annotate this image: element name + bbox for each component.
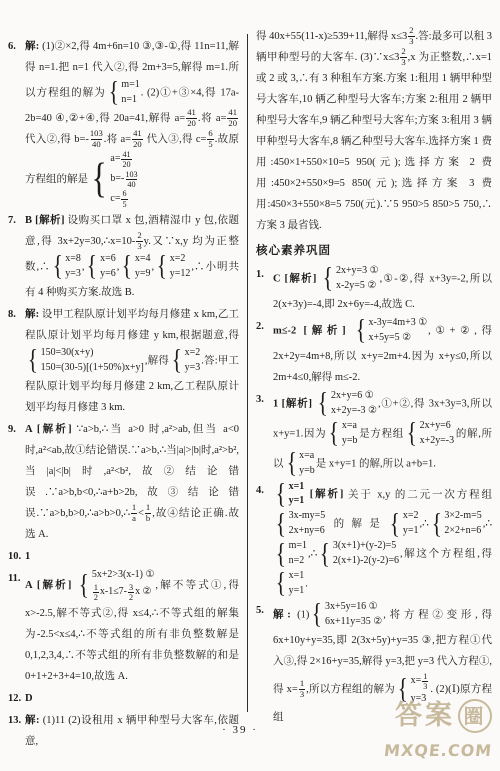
equation-system-lines: 2x+y=3 ①x-2y=5 ② bbox=[335, 264, 379, 294]
item-answer: A [解析] bbox=[25, 580, 71, 591]
fraction: 13 bbox=[299, 679, 305, 700]
item-answer: 1 [解析] bbox=[273, 398, 312, 409]
section-header: 核心素养巩固 bbox=[256, 239, 492, 262]
fraction-denominator: 3 bbox=[299, 689, 305, 700]
item-number: 5. bbox=[256, 600, 264, 621]
left-brace: { bbox=[356, 318, 366, 344]
fraction-numerator: 103 bbox=[90, 129, 103, 139]
fraction: 4120 bbox=[121, 150, 131, 170]
left-brace: { bbox=[79, 573, 89, 599]
fraction: 4120 bbox=[227, 108, 238, 129]
page-number: · 39 · bbox=[175, 719, 305, 741]
equation-system: {x=1y=1 bbox=[274, 480, 304, 510]
equation-line: x=13 bbox=[411, 672, 430, 692]
fraction-denominator: 2 bbox=[93, 592, 99, 602]
equation-system-lines: x=2y=1 bbox=[402, 509, 419, 539]
fraction-denominator: 20 bbox=[227, 118, 238, 129]
equation-line: 3(x+1)+(y-2)=5 bbox=[333, 539, 396, 554]
equation-system-lines: x=ay=b bbox=[298, 449, 315, 479]
left-brace: { bbox=[323, 266, 333, 292]
fraction-numerator: 41 bbox=[228, 108, 237, 118]
left-brace: { bbox=[276, 542, 286, 568]
equation-line: y=1 bbox=[289, 584, 305, 599]
equation-line: x=a bbox=[299, 449, 314, 464]
fraction-numerator: 41 bbox=[122, 150, 130, 159]
equation-line: x=1 bbox=[289, 569, 305, 584]
watermark-site-text: MXQE.COM bbox=[382, 735, 494, 767]
fraction: 4120 bbox=[186, 108, 197, 129]
left-brace: { bbox=[431, 512, 441, 538]
left-brace: { bbox=[286, 451, 296, 477]
equation-system: {a=4120b=-10340c=65 bbox=[89, 150, 139, 209]
equation-line: 2x+y=6 ① bbox=[331, 389, 374, 404]
item-number: 11. bbox=[8, 568, 21, 589]
equation-line: y=6 bbox=[100, 267, 116, 282]
equation-system: {x=2y=1 bbox=[388, 509, 418, 539]
fraction: 65 bbox=[207, 129, 213, 150]
equation-system: {2x+y=3 ①x-2y=5 ② bbox=[321, 264, 378, 294]
fraction-denominator: 5 bbox=[121, 199, 127, 209]
item-number: 3. bbox=[256, 389, 264, 410]
fraction: 23 bbox=[400, 47, 406, 68]
equation-line: n=2 bbox=[289, 554, 305, 569]
left-brace: { bbox=[52, 254, 62, 280]
continuation-paragraph: 得 40x+55(11-x)≥539+11,解得 x≤323.答:最多可以租 3… bbox=[256, 26, 492, 236]
equation-line: x=2 bbox=[185, 346, 201, 361]
equation-system: {5x+2>3(x-1) ①12x-1≤7-32x ② bbox=[77, 568, 154, 603]
equation-system: {x=ay=b bbox=[285, 449, 315, 479]
item-answer: 1 bbox=[25, 551, 30, 562]
equation-system: {x=2y=12 bbox=[155, 252, 190, 282]
watermark-brand: 答案圈 bbox=[384, 699, 492, 733]
fraction: 13 bbox=[422, 672, 428, 692]
answer-item: 4.{x=1y=1 [解析] 关于 x,y 的二元一次方程组{3x-my=52x… bbox=[256, 480, 492, 600]
right-column: 得 40x+55(11-x)≥539+11,解得 x≤323.答:最多可以租 3… bbox=[256, 26, 492, 729]
equation-system: {3x-my=52x+ny=6 bbox=[274, 509, 325, 539]
equation-system: {150=30(x+y)150=(30-5)[(1+50%)x+y] bbox=[26, 346, 144, 376]
equation-line: a=4120 bbox=[110, 150, 132, 170]
item-answer: 解: bbox=[273, 610, 291, 621]
answer-item: 10.1 bbox=[8, 546, 239, 567]
fraction-numerator: 2 bbox=[401, 47, 405, 57]
left-brace: { bbox=[157, 254, 167, 280]
item-answer: 解: bbox=[25, 715, 40, 726]
fraction-denominator: 3 bbox=[408, 36, 414, 47]
fraction-numerator: 1 bbox=[132, 503, 136, 513]
fraction: 12 bbox=[93, 583, 99, 603]
equation-line: y=1 bbox=[403, 524, 419, 539]
equation-line: 3×2-m=5 bbox=[444, 509, 481, 524]
fraction-numerator: 103 bbox=[125, 170, 137, 179]
fraction-denominator: 3 bbox=[400, 57, 406, 68]
equation-system-lines: 3×2-m=52×2+n=6 bbox=[443, 509, 481, 539]
answer-item: 9.A [解析] ∵a>b,∴当 a>0 时,a²>ab,但当 a<0 时,a²… bbox=[8, 419, 239, 545]
equation-system-lines: m=1n=2 bbox=[288, 539, 307, 569]
equation-system: {x=1y=1 bbox=[274, 569, 304, 599]
item-number: 9. bbox=[8, 419, 16, 440]
left-brace: { bbox=[172, 348, 182, 374]
item-number: 8. bbox=[8, 304, 16, 325]
item-answer: 解: bbox=[25, 41, 39, 52]
fraction: 10340 bbox=[125, 170, 137, 190]
watermark-circle-badge: 圈 bbox=[458, 699, 492, 733]
watermark-brand-text: 答案 bbox=[395, 701, 455, 731]
answer-item: 2.m≤-2 [解析] {x-3y=4m+3 ①x+5y=5 ②,①+②,得 2… bbox=[256, 316, 492, 388]
left-brace: { bbox=[108, 80, 118, 106]
fraction-denominator: 20 bbox=[186, 118, 197, 129]
equation-system: {m=1n=2 bbox=[274, 539, 307, 569]
left-brace: { bbox=[320, 542, 330, 568]
fraction: 65 bbox=[121, 189, 127, 209]
equation-line: x=a bbox=[342, 419, 357, 434]
equation-line: 2×2+n=6 bbox=[444, 524, 481, 539]
fraction-denominator: 40 bbox=[126, 179, 136, 189]
equation-system-lines: 3x+5y=16 ①6x+11y=35 ② bbox=[324, 600, 382, 630]
fraction-numerator: 1 bbox=[423, 672, 427, 681]
equation-system-lines: 3x-my=52x+ny=6 bbox=[288, 509, 326, 539]
equation-system: {3(x+1)+(y-2)=52(x+1)-2(y-2)=6 bbox=[318, 539, 399, 569]
equation-line: x-2y=5 ② bbox=[336, 279, 376, 294]
equation-system: {x=2y=3 bbox=[170, 346, 200, 376]
left-brace: { bbox=[276, 512, 286, 538]
equation-system-lines: x-3y=4m+3 ①x+5y=5 ② bbox=[367, 316, 427, 346]
equation-system: {m=1n=1 bbox=[107, 78, 140, 108]
fraction-denominator: 3 bbox=[422, 681, 428, 691]
left-brace: { bbox=[92, 160, 107, 198]
item-number: 7. bbox=[8, 210, 16, 231]
item-number: 2. bbox=[256, 316, 264, 337]
item-number: 4. bbox=[256, 480, 264, 501]
equation-system: {x=4y=9 bbox=[120, 252, 150, 282]
fraction: 4120 bbox=[132, 129, 143, 150]
equation-line: 2(x+1)-2(y-2)=6 bbox=[333, 554, 399, 569]
equation-system: {2x+y=6x+2y=-3 bbox=[405, 419, 454, 449]
fraction-denominator: 40 bbox=[91, 139, 102, 150]
equation-line: x=2 bbox=[170, 252, 186, 267]
equation-line: 2x+ny=6 bbox=[289, 524, 325, 539]
equation-system-lines: x=2y=12 bbox=[169, 252, 191, 282]
item-answer: A [解析] bbox=[25, 424, 72, 435]
left-brace: { bbox=[87, 254, 97, 280]
equation-system-lines: m=1n=1 bbox=[120, 78, 139, 108]
left-brace: { bbox=[329, 421, 339, 447]
equation-line: x+2y=-3 ② bbox=[331, 404, 377, 419]
equation-line: x=8 bbox=[65, 252, 81, 267]
fraction-denominator: 3 bbox=[136, 241, 142, 252]
equation-line: y=3 bbox=[65, 267, 81, 282]
equation-system: {3x+5y=16 ①6x+11y=35 ② bbox=[310, 600, 382, 630]
left-column: 6.解: (1)②×2,得 4m+6n=10 ③,③-①,得 11n=11,解得… bbox=[8, 36, 239, 753]
item-answer: 解: bbox=[25, 309, 39, 320]
equation-line: 6x+11y=35 ② bbox=[325, 615, 382, 630]
item-number: 10. bbox=[8, 546, 21, 567]
item-answer: D bbox=[25, 693, 33, 704]
fraction-numerator: 41 bbox=[133, 129, 142, 139]
left-brace: { bbox=[276, 571, 286, 597]
fraction-numerator: 1 bbox=[300, 679, 304, 689]
answer-item: 11.A [解析] {5x+2>3(x-1) ①12x-1≤7-32x ②,解不… bbox=[8, 568, 239, 687]
equation-line: 3x-my=5 bbox=[289, 509, 326, 524]
equation-system-lines: x=6y=6 bbox=[99, 252, 116, 282]
equation-line: b=-10340 bbox=[110, 170, 138, 190]
equation-system-lines: x=2y=3 bbox=[184, 346, 201, 376]
equation-line: m=1 bbox=[289, 539, 307, 554]
fraction: 23 bbox=[408, 26, 414, 47]
equation-line: x=2 bbox=[403, 509, 419, 524]
answer-item: 12.D bbox=[8, 688, 239, 709]
equation-system-lines: x=1y=1 bbox=[288, 480, 305, 510]
watermark-logo: 答案圈 MXQE.COM bbox=[384, 699, 492, 767]
equation-system-lines: x=ay=b bbox=[341, 419, 358, 449]
left-brace: { bbox=[28, 348, 38, 374]
item-answer: C [解析] bbox=[273, 273, 316, 284]
answer-item: 1.C [解析] {2x+y=3 ①x-2y=5 ②,①-②,得 x+3y=-2… bbox=[256, 264, 492, 315]
item-answer: B [解析] bbox=[25, 215, 65, 226]
item-number: 1. bbox=[256, 264, 264, 285]
equation-system: {2x+y=6 ①x+2y=-3 ② bbox=[316, 389, 377, 419]
equation-system-lines: x=1y=1 bbox=[288, 569, 305, 599]
equation-line: 150=30(x+y) bbox=[41, 346, 94, 361]
fraction: 1a bbox=[131, 503, 137, 524]
equation-line: 3x+5y=16 ① bbox=[325, 600, 378, 615]
equation-line: x=6 bbox=[100, 252, 116, 267]
equation-system: {x=ay=b bbox=[327, 419, 357, 449]
answer-item: 8.解: 设甲工程队原计划平均每月修建 x km,乙工程队原计划平均每月修建 y… bbox=[8, 304, 239, 418]
fraction-denominator: 20 bbox=[121, 159, 131, 169]
fraction-numerator: 6 bbox=[208, 129, 212, 139]
fraction-denominator: b bbox=[145, 513, 151, 524]
equation-line: x-3y=4m+3 ① bbox=[368, 316, 427, 331]
left-brace: { bbox=[276, 482, 286, 508]
left-brace: { bbox=[312, 602, 322, 628]
equation-system-lines: 5x+2>3(x-1) ①12x-1≤7-32x ② bbox=[91, 568, 155, 603]
equation-line: y=9 bbox=[135, 267, 151, 282]
fraction: 10340 bbox=[90, 129, 103, 150]
fraction-numerator: 1 bbox=[146, 503, 150, 513]
equation-line: x+5y=5 ② bbox=[368, 331, 411, 346]
answer-item: 7.B [解析] 设购买口罩 x 包,酒精湿巾 y 包,依题意,得 3x+2y=… bbox=[8, 210, 239, 303]
equation-line: y=1 bbox=[289, 494, 305, 509]
equation-system: {x=6y=6 bbox=[85, 252, 115, 282]
equation-system-lines: x=4y=9 bbox=[134, 252, 151, 282]
fraction-numerator: 2 bbox=[409, 26, 413, 36]
equation-line: c=65 bbox=[110, 189, 128, 209]
answer-item: 6.解: (1)②×2,得 4m+6n=10 ③,③-①,得 11n=11,解得… bbox=[8, 36, 239, 209]
fraction-denominator: 5 bbox=[207, 139, 213, 150]
item-answer: {x=1y=1 [解析] bbox=[273, 489, 343, 500]
equation-line: 2x+y=3 ① bbox=[336, 264, 379, 279]
item-answer: m≤-2 [解析] bbox=[273, 325, 346, 336]
equation-system-lines: 3(x+1)+(y-2)=52(x+1)-2(y-2)=6 bbox=[332, 539, 399, 569]
equation-system-lines: 2x+y=6 ①x+2y=-3 ② bbox=[330, 389, 377, 419]
equation-line: y=3 bbox=[185, 361, 201, 376]
fraction-numerator: 41 bbox=[187, 108, 196, 118]
equation-line: y=b bbox=[342, 434, 358, 449]
fraction-denominator: 2 bbox=[128, 592, 134, 602]
equation-line: x+2y=-3 bbox=[420, 434, 455, 449]
equation-system: {3×2-m=52×2+n=6 bbox=[430, 509, 482, 539]
equation-line: 2x+y=6 bbox=[420, 419, 451, 434]
equation-line: 150=(30-5)[(1+50%)x+y] bbox=[41, 361, 144, 376]
equation-line: 12x-1≤7-32x ② bbox=[92, 583, 152, 603]
equation-line: 5x+2>3(x-1) ① bbox=[92, 568, 155, 583]
fraction-numerator: 3 bbox=[129, 583, 133, 592]
left-brace: { bbox=[318, 391, 328, 417]
fraction-numerator: 2 bbox=[137, 231, 141, 241]
fraction-denominator: a bbox=[131, 513, 137, 524]
answer-item: 3.1 [解析] {2x+y=6 ①x+2y=-3 ②,①+②,得 3x+3y=… bbox=[256, 389, 492, 479]
equation-line: m=1 bbox=[121, 78, 139, 93]
equation-line: y=b bbox=[299, 464, 315, 479]
item-number: 12. bbox=[8, 688, 21, 709]
item-number: 6. bbox=[8, 36, 16, 57]
fraction: 23 bbox=[136, 231, 142, 252]
left-brace: { bbox=[390, 512, 400, 538]
fraction-numerator: 1 bbox=[94, 583, 98, 592]
left-brace: { bbox=[407, 421, 417, 447]
equation-system: {x=8y=3 bbox=[51, 252, 81, 282]
left-brace: { bbox=[122, 254, 132, 280]
fraction-numerator: 6 bbox=[122, 189, 126, 198]
fraction: 32 bbox=[128, 583, 134, 603]
fraction-denominator: 20 bbox=[132, 139, 143, 150]
equation-line: x=4 bbox=[135, 252, 151, 267]
equation-system-lines: x=8y=3 bbox=[64, 252, 81, 282]
item-number: 13. bbox=[8, 710, 21, 731]
fraction: 1b bbox=[145, 503, 151, 524]
equation-system-lines: a=4120b=-10340c=65 bbox=[109, 150, 138, 209]
equation-line: y=12 bbox=[170, 267, 191, 282]
equation-system: {x-3y=4m+3 ①x+5y=5 ② bbox=[354, 316, 427, 346]
column-divider-line bbox=[247, 34, 248, 712]
workbook-answer-page: 6.解: (1)②×2,得 4m+6n=10 ③,③-①,得 11n=11,解得… bbox=[0, 0, 500, 771]
equation-system-lines: 150=30(x+y)150=(30-5)[(1+50%)x+y] bbox=[40, 346, 144, 376]
equation-system-lines: 2x+y=6x+2y=-3 bbox=[419, 419, 455, 449]
equation-line: x=1 bbox=[289, 480, 305, 495]
equation-line: n=1 bbox=[121, 93, 137, 108]
